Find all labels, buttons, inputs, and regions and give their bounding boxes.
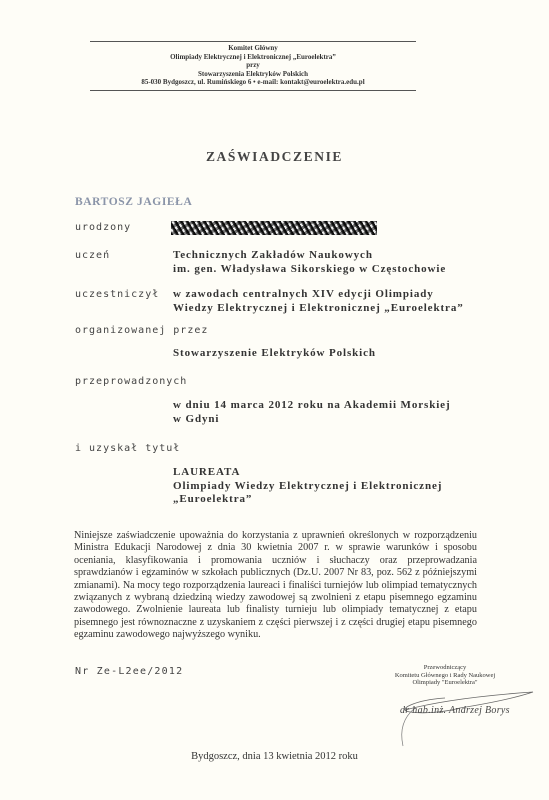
date-place-line: w Gdyni bbox=[173, 413, 451, 427]
header-line: Komitet Główny bbox=[90, 44, 416, 53]
student-label: uczeń bbox=[75, 250, 110, 261]
awarded-title: LAUREATA Olimpiady Wiedzy Elektrycznej i… bbox=[173, 466, 442, 507]
awarded-title-line: Olimpiady Wiedzy Elektrycznej i Elektron… bbox=[173, 480, 442, 494]
header-top-rule bbox=[90, 41, 416, 42]
school-name-line: Technicznych Zakładów Naukowych bbox=[173, 249, 446, 263]
born-label: urodzony bbox=[75, 222, 131, 233]
date-place-line: w dniu 14 marca 2012 roku na Akademii Mo… bbox=[173, 399, 451, 413]
participated-label: uczestniczył bbox=[75, 289, 159, 300]
awarded-title-line: LAUREATA bbox=[173, 466, 442, 480]
recipient-name: BARTOSZ JAGIEŁA bbox=[75, 196, 192, 208]
competition-description: w zawodach centralnych XIV edycji Olimpi… bbox=[173, 288, 464, 315]
signatory-title-line: Przewodniczący bbox=[370, 664, 520, 672]
student-school: Technicznych Zakładów Naukowych im. gen.… bbox=[173, 249, 446, 276]
header-line: Olimpiady Elektrycznej i Elektronicznej … bbox=[90, 53, 416, 62]
redacted-birth-date bbox=[171, 221, 377, 235]
organizer: Stowarzyszenie Elektryków Polskich bbox=[173, 347, 376, 361]
conducted-label: przeprowadzonych bbox=[75, 376, 187, 387]
organized-label: organizowanej przez bbox=[75, 325, 208, 336]
header-line: 85-030 Bydgoszcz, ul. Rumińskiego 6 • e-… bbox=[90, 78, 416, 87]
place-and-date: Bydgoszcz, dnia 13 kwietnia 2012 roku bbox=[0, 751, 549, 762]
signatory-name: dr hab.inż. Andrzej Borys bbox=[400, 705, 510, 716]
competition-date-place: w dniu 14 marca 2012 roku na Akademii Mo… bbox=[173, 399, 451, 426]
title-label: i uzyskał tytuł bbox=[75, 443, 180, 454]
issuer-header: Komitet Główny Olimpiady Elektrycznej i … bbox=[90, 44, 416, 87]
awarded-title-line: „Euroelektra” bbox=[173, 493, 442, 507]
competition-line: w zawodach centralnych XIV edycji Olimpi… bbox=[173, 288, 464, 302]
school-name-line: im. gen. Władysława Sikorskiego w Często… bbox=[173, 263, 446, 277]
legal-paragraph: Niniejsze zaświadczenie upoważnia do kor… bbox=[74, 530, 477, 642]
header-line: Stowarzyszenia Elektryków Polskich bbox=[90, 70, 416, 79]
document-title: ZAŚWIADCZENIE bbox=[0, 149, 549, 165]
header-bottom-rule bbox=[90, 90, 416, 91]
certificate-number: Nr Ze-L2ee/2012 bbox=[75, 666, 183, 677]
header-line: przy bbox=[90, 61, 416, 70]
competition-line: Wiedzy Elektrycznej i Elektronicznej „Eu… bbox=[173, 302, 464, 316]
